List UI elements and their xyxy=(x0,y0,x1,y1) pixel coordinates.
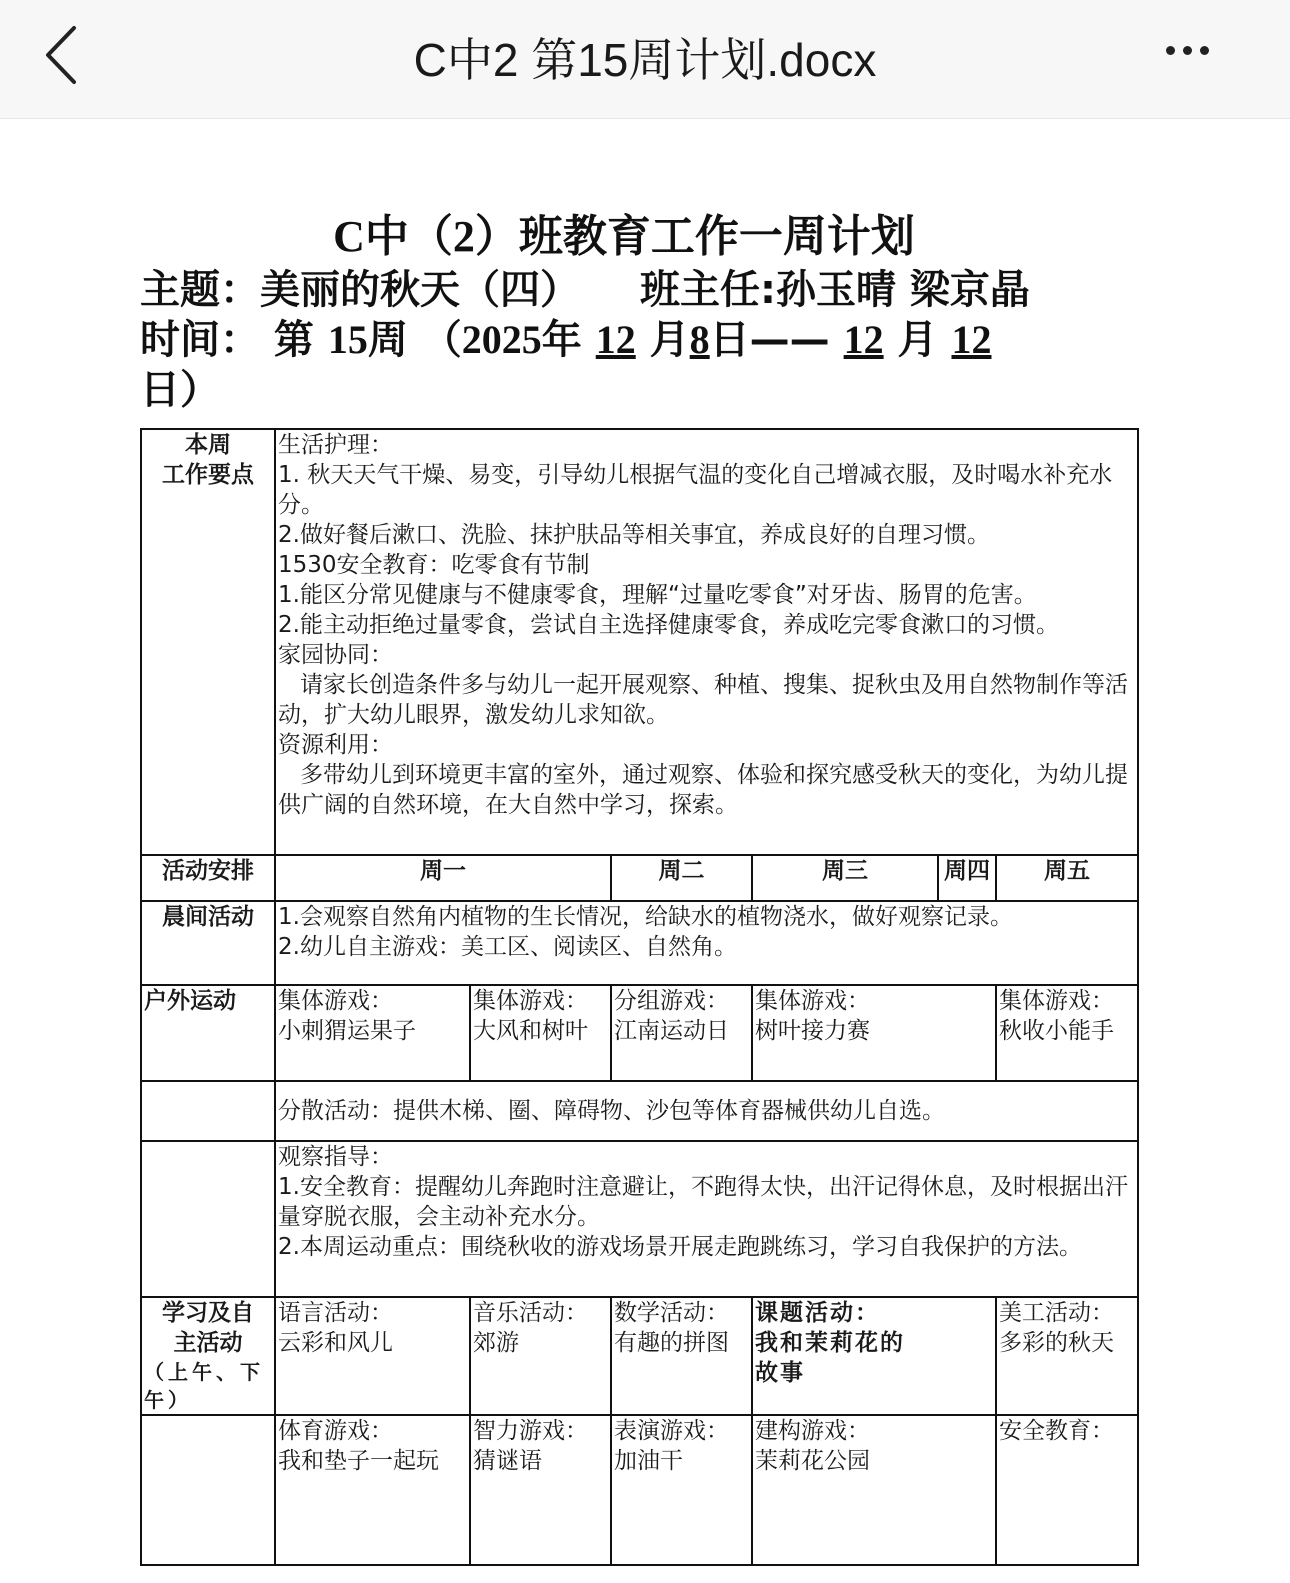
activity-name: 茉莉花公园 xyxy=(755,1446,993,1476)
theme-label: 主题：美丽的秋天（四） xyxy=(140,267,580,313)
text-line: 1.能区分常见健康与不健康零食，理解“过量吃零食”对牙齿、肠胃的危害。 xyxy=(278,580,1135,610)
text-line: 1.安全教育：提醒幼儿奔跑时注意避让，不跑得太快，出汗记得休息，及时根据出汗量穿… xyxy=(278,1172,1135,1232)
start-month: 12 xyxy=(596,317,636,362)
learning-cell: 智力游戏：猜谜语 xyxy=(470,1415,611,1565)
outdoor-cell: 分组游戏：江南运动日 xyxy=(611,985,752,1081)
ellipsis-icon xyxy=(1200,46,1209,55)
outdoor-cell: 集体游戏：小刺猬运果子 xyxy=(275,985,470,1081)
week-suffix: 周 （ xyxy=(368,317,462,363)
guidance-content: 观察指导： 1.安全教育：提醒幼儿奔跑时注意避让，不跑得太快，出汗记得休息，及时… xyxy=(275,1141,1138,1297)
scattered-activity: 分散活动：提供木梯、圈、障碍物、沙包等体育器械供幼儿自选。 xyxy=(275,1081,1138,1141)
theme-line: 主题：美丽的秋天（四）班主任:孙玉晴 梁京晶 xyxy=(140,265,1138,315)
text-line: 1530安全教育：吃零食有节制 xyxy=(278,550,1135,580)
text-line: 家园协同： xyxy=(278,640,1135,670)
weekly-plan-table: 本周工作要点 生活护理： 1. 秋天天气干燥、易变，引导幼儿根据气温的变化自己增… xyxy=(140,428,1139,1566)
outdoor-cell: 集体游戏：大风和树叶 xyxy=(470,985,611,1081)
activity-type: 智力游戏： xyxy=(473,1416,608,1446)
activity-name: 加油干 xyxy=(614,1446,749,1476)
day-friday: 周五 xyxy=(996,855,1138,901)
day-thursday: 周四 xyxy=(938,855,996,901)
empty-label xyxy=(141,1141,275,1297)
month-char: 月 xyxy=(898,317,938,363)
start-day: 8 xyxy=(690,317,710,362)
text-line: 2.幼儿自主游戏：美工区、阅读区、自然角。 xyxy=(278,932,1135,962)
label-line: 学习及自 xyxy=(144,1298,272,1328)
month-char: 月 xyxy=(650,317,690,363)
learning-cell: 数学活动：有趣的拼图 xyxy=(611,1297,752,1415)
time-prefix: 时间： 第 xyxy=(140,317,328,363)
activity-name: 多彩的秋天 xyxy=(999,1328,1135,1358)
activity-name: 云彩和风儿 xyxy=(278,1328,467,1358)
activity-name: 江南运动日 xyxy=(614,1016,749,1046)
text-line: 生活护理： xyxy=(278,430,1135,460)
activity-name: 小刺猬运果子 xyxy=(278,1016,467,1046)
teacher-label: 班主任:孙玉晴 梁京晶 xyxy=(640,267,1030,313)
day-tuesday: 周二 xyxy=(611,855,752,901)
text-line: 2.本周运动重点：围绕秋收的游戏场景开展走跑跳练习，学习自我保护的方法。 xyxy=(278,1232,1135,1262)
activity-type: 建构游戏： xyxy=(755,1416,993,1446)
learning-cell: 建构游戏：茉莉花公园 xyxy=(752,1415,996,1565)
key-points-content: 生活护理： 1. 秋天天气干燥、易变，引导幼儿根据气温的变化自己增减衣服，及时喝… xyxy=(275,429,1138,855)
activity-name: 秋收小能手 xyxy=(999,1016,1135,1046)
activity-type: 集体游戏： xyxy=(473,986,608,1016)
morning-content: 1.会观察自然角内植物的生长情况，给缺水的植物浇水，做好观察记录。 2.幼儿自主… xyxy=(275,901,1138,985)
text-line: 1.会观察自然角内植物的生长情况，给缺水的植物浇水，做好观察记录。 xyxy=(278,902,1135,932)
time-line: 时间： 第 15周 （2025年 12 月8日—— 12 月 12 xyxy=(140,315,1138,365)
ellipsis-icon xyxy=(1183,46,1192,55)
document-heading: C中（2）班教育工作一周计划 xyxy=(140,209,1138,265)
activity-type: 数学活动： xyxy=(614,1298,749,1328)
scattered-row: 分散活动：提供木梯、圈、障碍物、沙包等体育器械供幼儿自选。 xyxy=(141,1081,1138,1141)
end-month: 12 xyxy=(844,317,884,362)
activity-type: 集体游戏： xyxy=(278,986,467,1016)
outdoor-label: 户外运动 xyxy=(141,985,275,1081)
learning-row-1: 学习及自 主活动 （上午、下午） 语言活动：云彩和风儿 音乐活动：郊游 数学活动… xyxy=(141,1297,1138,1415)
label-line: 工作要点 xyxy=(144,460,272,490)
learning-cell: 体育游戏：我和垫子一起玩 xyxy=(275,1415,470,1565)
empty-label xyxy=(141,1081,275,1141)
outdoor-row: 户外运动 集体游戏：小刺猬运果子 集体游戏：大风和树叶 分组游戏：江南运动日 集… xyxy=(141,985,1138,1081)
activity-type: 安全教育： xyxy=(999,1416,1135,1446)
text-line: 多带幼儿到环境更丰富的室外，通过观察、体验和探究感受秋天的变化，为幼儿提供广阔的… xyxy=(278,760,1135,820)
guidance-row: 观察指导： 1.安全教育：提醒幼儿奔跑时注意避让，不跑得太快，出汗记得休息，及时… xyxy=(141,1141,1138,1297)
year: 2025 xyxy=(462,317,542,362)
activity-name: 猜谜语 xyxy=(473,1446,608,1476)
document-title: C中2 第15周计划.docx xyxy=(0,24,1290,90)
label-note: （上午、下午） xyxy=(144,1358,272,1414)
learning-cell: 语言活动：云彩和风儿 xyxy=(275,1297,470,1415)
day-char: 日—— xyxy=(710,317,830,363)
learning-cell: 美工活动：多彩的秋天 xyxy=(996,1297,1138,1415)
learning-cell: 课题活动：我和茉莉花的故事 xyxy=(752,1297,996,1415)
schedule-label: 活动安排 xyxy=(141,855,275,901)
activity-type: 语言活动： xyxy=(278,1298,467,1328)
learning-cell: 安全教育： xyxy=(996,1415,1138,1565)
document-header: C中（2）班教育工作一周计划 主题：美丽的秋天（四）班主任:孙玉晴 梁京晶 时间… xyxy=(140,205,1138,415)
activity-type: 课题活动： xyxy=(755,1298,993,1328)
key-points-row: 本周工作要点 生活护理： 1. 秋天天气干燥、易变，引导幼儿根据气温的变化自己增… xyxy=(141,429,1138,855)
activity-type: 体育游戏： xyxy=(278,1416,467,1446)
morning-label: 晨间活动 xyxy=(141,901,275,985)
app-header: C中2 第15周计划.docx xyxy=(0,0,1290,119)
text-line: 资源利用： xyxy=(278,730,1135,760)
morning-row: 晨间活动 1.会观察自然角内植物的生长情况，给缺水的植物浇水，做好观察记录。 2… xyxy=(141,901,1138,985)
learning-label: 学习及自 主活动 （上午、下午） xyxy=(141,1297,275,1415)
text-line: 2.做好餐后漱口、洗脸、抹护肤品等相关事宜，养成良好的自理习惯。 xyxy=(278,520,1135,550)
text-line: 1. 秋天天气干燥、易变，引导幼儿根据气温的变化自己增减衣服，及时喝水补充水分。 xyxy=(278,460,1135,520)
time-closing: 日） xyxy=(140,365,1138,415)
activity-type: 集体游戏： xyxy=(999,986,1135,1016)
activity-name: 我和垫子一起玩 xyxy=(278,1446,467,1476)
end-day: 12 xyxy=(951,317,991,362)
label-line: 本周 xyxy=(144,430,272,460)
day-wednesday: 周三 xyxy=(752,855,938,901)
text-line: 2.能主动拒绝过量零食，尝试自主选择健康零食，养成吃完零食漱口的习惯。 xyxy=(278,610,1135,640)
activity-type: 分组游戏： xyxy=(614,986,749,1016)
ellipsis-icon xyxy=(1166,46,1175,55)
activity-name: 我和茉莉花的故事 xyxy=(755,1328,925,1388)
activity-name: 大风和树叶 xyxy=(473,1016,608,1046)
activity-type: 表演游戏： xyxy=(614,1416,749,1446)
week-number: 15 xyxy=(328,317,368,362)
more-options-button[interactable] xyxy=(1166,36,1226,66)
day-monday: 周一 xyxy=(275,855,611,901)
outdoor-cell: 集体游戏：树叶接力赛 xyxy=(752,985,996,1081)
activity-type: 音乐活动： xyxy=(473,1298,608,1328)
text-line: 观察指导： xyxy=(278,1142,1135,1172)
label-line: 主活动 xyxy=(144,1328,272,1358)
activity-name: 树叶接力赛 xyxy=(755,1016,993,1046)
schedule-header-row: 活动安排 周一 周二 周三 周四 周五 xyxy=(141,855,1138,901)
key-points-label: 本周工作要点 xyxy=(141,429,275,855)
activity-type: 集体游戏： xyxy=(755,986,993,1016)
year-suffix: 年 xyxy=(542,317,582,363)
empty-label xyxy=(141,1415,275,1565)
outdoor-cell: 集体游戏：秋收小能手 xyxy=(996,985,1138,1081)
activity-name: 郊游 xyxy=(473,1328,608,1358)
text-line: 请家长创造条件多与幼儿一起开展观察、种植、搜集、捉秋虫及用自然物制作等活动，扩大… xyxy=(278,670,1135,730)
activity-name: 有趣的拼图 xyxy=(614,1328,749,1358)
learning-row-2: 体育游戏：我和垫子一起玩 智力游戏：猜谜语 表演游戏：加油干 建构游戏：茉莉花公… xyxy=(141,1415,1138,1565)
learning-cell: 音乐活动：郊游 xyxy=(470,1297,611,1415)
activity-type: 美工活动： xyxy=(999,1298,1135,1328)
learning-cell: 表演游戏：加油干 xyxy=(611,1415,752,1565)
